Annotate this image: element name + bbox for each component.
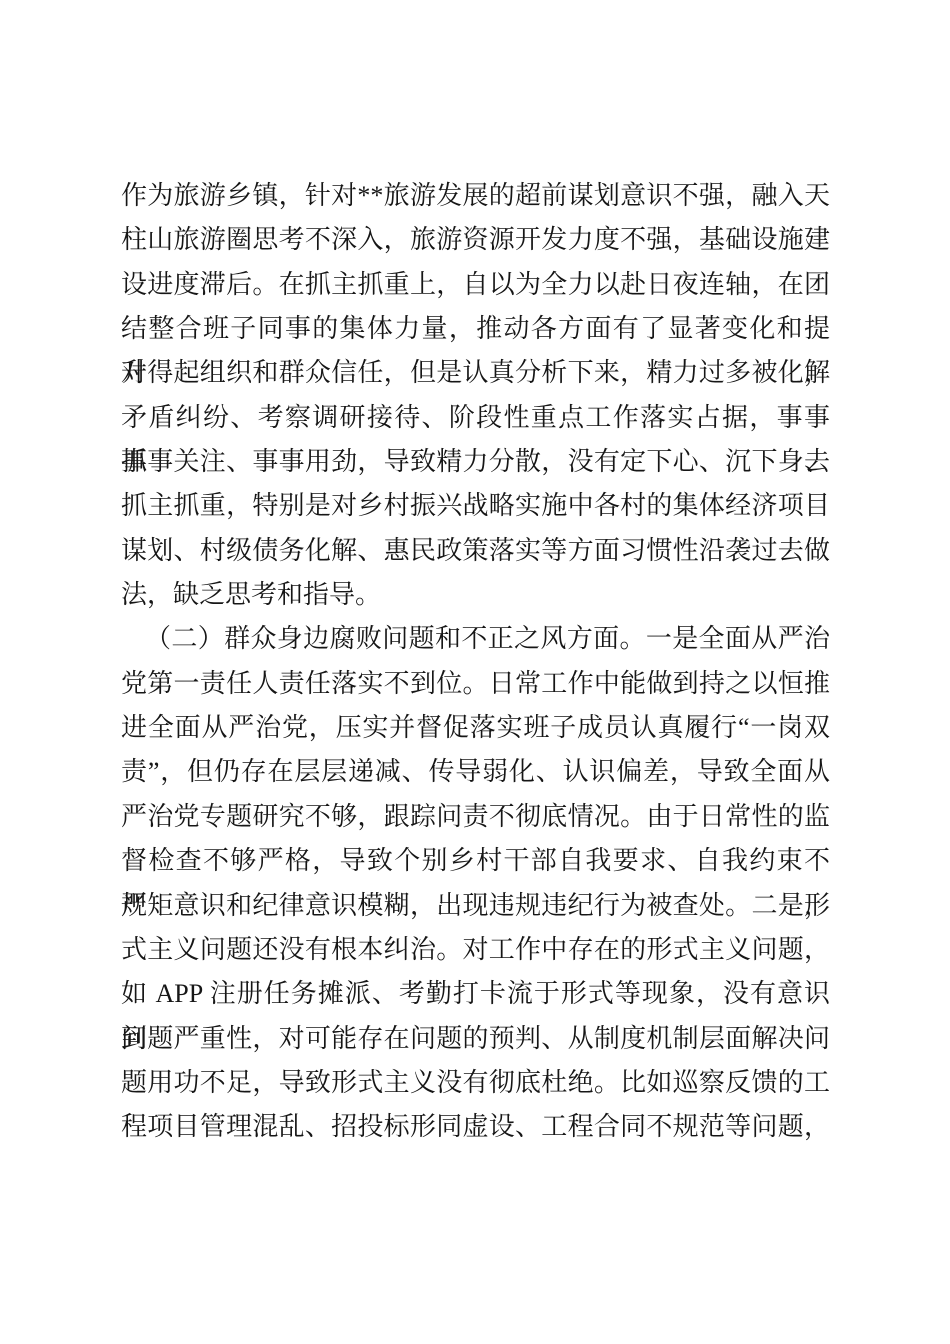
text-line: 督检查不够严格，导致个别乡村干部自我要求、自我约束不严， — [121, 839, 830, 883]
text-line: 程项目管理混乱、招投标形同虚设、工程合同不规范等问题， — [121, 1105, 830, 1149]
document-body: 作为旅游乡镇，针对**旅游发展的超前谋划意识不强，融入天 柱山旅游圈思考不深入，… — [121, 174, 830, 1150]
text-line: 规矩意识和纪律意识模糊，出现违规违纪行为被查处。二是形 — [121, 884, 830, 928]
document-page: 作为旅游乡镇，针对**旅游发展的超前谋划意识不强，融入天 柱山旅游圈思考不深入，… — [0, 0, 950, 1344]
paragraph-section-two: （二）群众身边腐败问题和不正之风方面。一是全面从严治 党第一责任人责任落实不到位… — [121, 617, 830, 1149]
text-line: 责”，但仍存在层层递减、传导弱化、认识偏差，导致全面从 — [121, 750, 830, 794]
text-line: 对得起组织和群众信任，但是认真分析下来，精力过多被化解 — [121, 351, 830, 395]
text-line: 柱山旅游圈思考不深入，旅游资源开发力度不强，基础设施建 — [121, 218, 830, 262]
text-line: 结整合班子同事的集体力量，推动各方面有了显著变化和提升， — [121, 307, 830, 351]
text-line: 矛盾纠纷、考察调研接待、阶段性重点工作落实占据，事事抓、 — [121, 396, 830, 440]
text-line: 事事关注、事事用劲，导致精力分散，没有定下心、沉下身去 — [121, 440, 830, 484]
text-line: 问题严重性，对可能存在问题的预判、从制度机制层面解决问 — [121, 1017, 830, 1061]
text-line: 抓主抓重，特别是对乡村振兴战略实施中各村的集体经济项目 — [121, 484, 830, 528]
text-line: 严治党专题研究不够，跟踪问责不彻底情况。由于日常性的监 — [121, 795, 830, 839]
text-line: 设进度滞后。在抓主抓重上，自以为全力以赴日夜连轴，在团 — [121, 263, 830, 307]
text-line: 进全面从严治党，压实并督促落实班子成员认真履行“一岗双 — [121, 706, 830, 750]
text-line: 党第一责任人责任落实不到位。日常工作中能做到持之以恒推 — [121, 662, 830, 706]
text-line: 题用功不足，导致形式主义没有彻底杜绝。比如巡察反馈的工 — [121, 1061, 830, 1105]
paragraph-continuation: 作为旅游乡镇，针对**旅游发展的超前谋划意识不强，融入天 柱山旅游圈思考不深入，… — [121, 174, 830, 617]
text-line: 法，缺乏思考和指导。 — [121, 573, 830, 617]
text-line: 谋划、村级债务化解、惠民政策落实等方面习惯性沿袭过去做 — [121, 529, 830, 573]
text-line: 作为旅游乡镇，针对**旅游发展的超前谋划意识不强，融入天 — [121, 174, 830, 218]
text-line: 式主义问题还没有根本纠治。对工作中存在的形式主义问题， — [121, 928, 830, 972]
text-line-section-heading: （二）群众身边腐败问题和不正之风方面。一是全面从严治 — [121, 617, 830, 661]
text-line: 如 APP 注册任务摊派、考勤打卡流于形式等现象，没有意识到 — [121, 972, 830, 1016]
